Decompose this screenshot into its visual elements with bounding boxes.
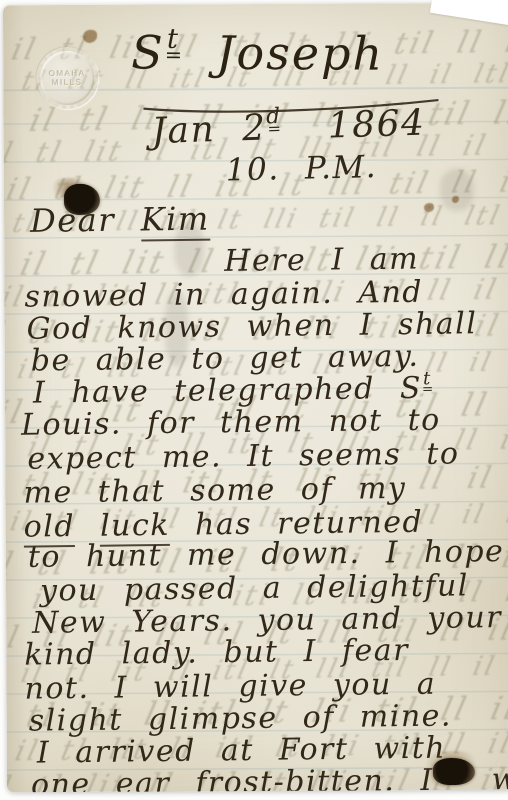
letter-photograph: il tl lit ll itl lt lli til ll il ltl tt… [0,0,508,800]
place-name: Joseph [216,26,384,81]
date-year: 1864 [327,103,426,147]
underlined-word: Kim [140,200,209,242]
handwriting-layer: St=Joseph Jan 2d=1864 10. P.M. Dear KimH… [3,3,508,793]
heading-place: St=Joseph [131,27,384,83]
letter-line: kind lady. but I fear [24,634,409,672]
letter-text-segment: Here I am [224,241,419,278]
letter-line: Louis. for them not to [21,404,441,442]
letter-text-segment: w [491,762,508,792]
letter-line: Here I am [224,242,419,277]
heading-time: 10. P.M. [225,150,377,188]
letter-text-segment: me that some of my [23,471,406,511]
date-prefix: Jan 2 [151,108,267,153]
place-superscript: t= [165,28,183,62]
heading-date: Jan 2d=1864 [151,104,426,155]
letter-line: me that some of my [23,472,406,510]
letter-paper: il tl lit ll itl lt lli til ll il ltl tt… [3,3,508,793]
letter-line: one ear frost-bitten. Iw [31,763,508,792]
place-initial: S [131,25,165,79]
letter-line: expect me. It seems to [27,437,460,475]
letter-text-segment: kind lady. but I fear [24,633,409,673]
date-superscript: d= [266,108,282,134]
letter-text-segment: Dear [30,200,141,239]
superscript-abbreviation: t= [422,372,434,394]
letter-line: Dear Kim [30,202,210,239]
letter-text-segment: one ear frost-bitten. I [31,763,434,792]
